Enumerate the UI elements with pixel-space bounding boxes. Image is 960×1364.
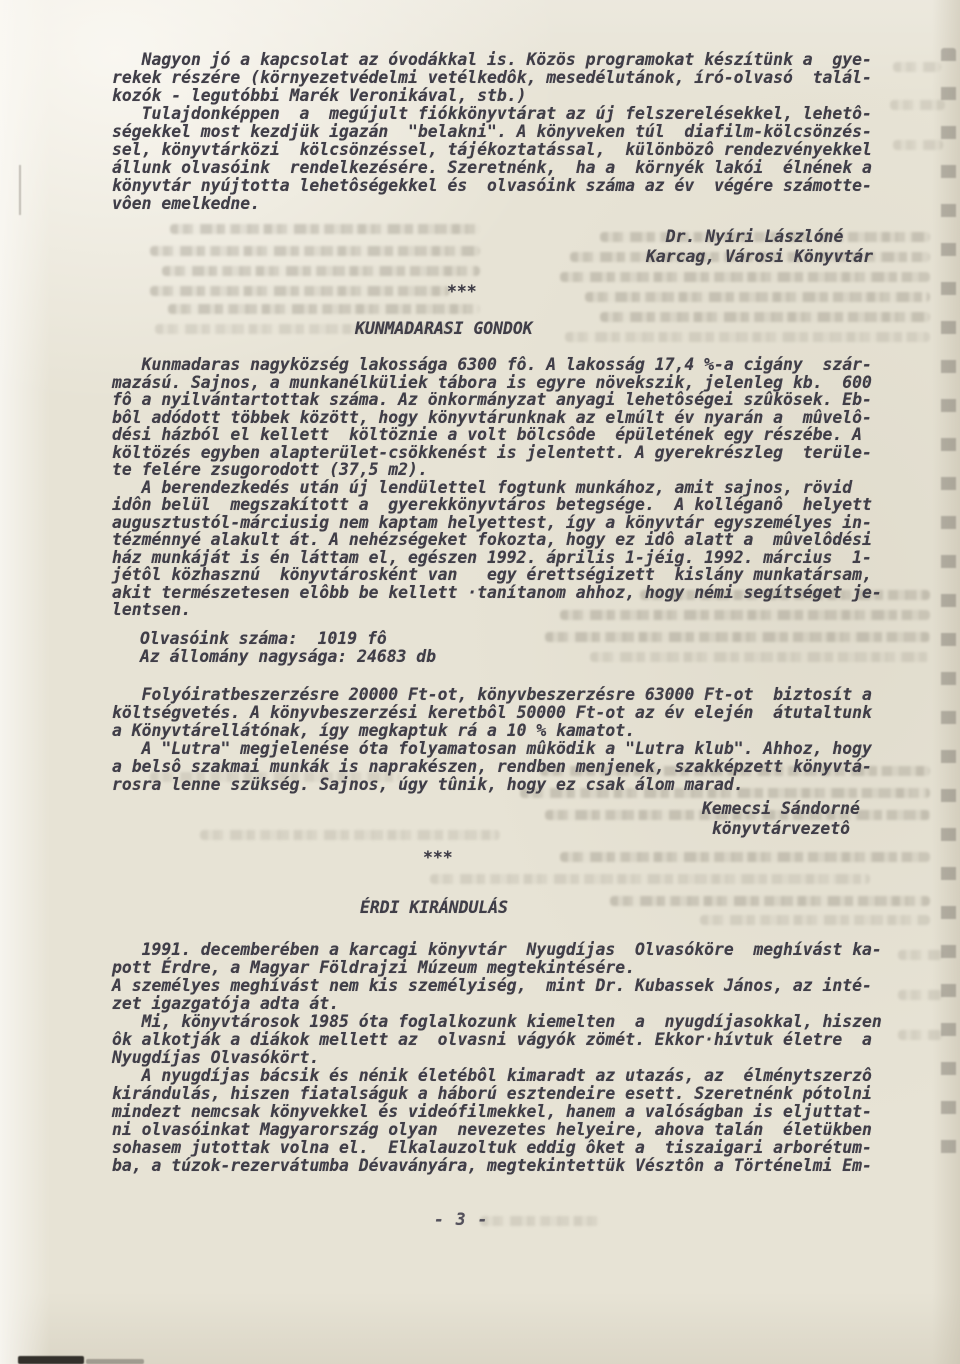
typed-text-line: pott Érdre, a Magyar Földrajzi Múzeum me… xyxy=(112,959,882,977)
karcag-report-paragraphs: Nagyon jó a kapcsolat az óvodákkal is. K… xyxy=(112,51,872,213)
typed-text-line: jétôl közhasznú könyvtárosként van egy é… xyxy=(112,566,882,584)
typed-text-line: a belsô szakmai munkák is naprakészen, r… xyxy=(112,758,872,776)
erd-paragraphs: 1991. decemberében a karcagi könyvtár Ny… xyxy=(112,941,882,1175)
bleedthrough-line xyxy=(565,332,930,342)
page-number: - 3 - xyxy=(434,1211,488,1229)
typed-text-line: A berendezkedés után új lendülettel fogt… xyxy=(112,479,882,497)
typed-text-line: Mi, könyvtárosok 1985 óta foglalkozunk k… xyxy=(112,1013,882,1031)
typed-text-line: ni olvasóinkat Magyarország olyan neveze… xyxy=(112,1121,882,1139)
bleedthrough-line xyxy=(893,140,943,150)
typed-text-line: zet igazgatója adta át. xyxy=(112,995,882,1013)
typed-text-line: könyvtárvezetô xyxy=(702,819,860,839)
typed-text-line: ház munkáját is én láttam el, egészen 19… xyxy=(112,549,882,567)
bleedthrough-line xyxy=(168,304,480,314)
typed-text-line: Folyóiratbeszerzésre 20000 Ft-ot, könyvb… xyxy=(112,686,872,704)
typed-text-line: Nagyon jó a kapcsolat az óvodákkal is. K… xyxy=(112,51,872,69)
section-separator: *** xyxy=(447,283,477,301)
bleedthrough-line xyxy=(898,1030,943,1040)
kunmadaras-paragraphs: Kunmadaras nagyközség lakossága 6300 fô.… xyxy=(112,356,882,619)
typed-text-line: rosra lenne szükség. Sajnos, úgy tûnik, … xyxy=(112,776,872,794)
typed-text-line: Kunmadaras nagyközség lakossága 6300 fô.… xyxy=(112,356,882,374)
typed-text-line: idôn belül megszakított a gyerekkönyvtár… xyxy=(112,496,882,514)
typed-text-line: ôk alkotják a diákok mellett az olvasni … xyxy=(112,1031,882,1049)
typed-text-line: A "Lutra" megjelenése óta folyamatosan m… xyxy=(112,740,872,758)
typed-text-line: kozók - legutóbbi Marék Veronikával, stb… xyxy=(112,87,872,105)
bleedthrough-line xyxy=(560,272,930,282)
bleedthrough-line xyxy=(700,915,930,925)
bleedthrough-line xyxy=(600,312,930,322)
bleedthrough-line xyxy=(430,874,870,884)
typed-text-line: sel, könyvtárközi kölcsönzéssel, tájékoz… xyxy=(112,141,872,159)
kunmadaras-stats: Olvasóink száma: 1019 fôAz állomány nagy… xyxy=(140,630,436,666)
kunmadaras-signature: Kemecsi Sándorné könyvtárvezetô xyxy=(702,799,860,839)
bleedthrough-line xyxy=(560,852,930,862)
typed-text-line: állunk olvasóink rendelkezésére. Szeretn… xyxy=(112,159,872,177)
typed-text-line: mindezt nemcsak könyvekkel és videófilme… xyxy=(112,1103,882,1121)
typed-text-line: költségvetés. A könyvbeszerzési keretbôl… xyxy=(112,704,872,722)
typed-text-line: bôl adódott többek között, hogy könyvtár… xyxy=(112,409,882,427)
typed-text-line: Tulajdonképpen a megújult fiókkönyvtárat… xyxy=(112,105,872,123)
bleedthrough-line xyxy=(545,632,930,642)
bleedthrough-line xyxy=(162,266,480,276)
page-edge-binding-marks xyxy=(941,48,956,1173)
typed-text-line: Nyugdíjas Olvasókört. xyxy=(112,1049,882,1067)
typed-text-line: A nyugdíjas bácsik és nénik életébôl kim… xyxy=(112,1067,882,1085)
typed-text-line: kirándulás, hiszen fiatalságuk a háború … xyxy=(112,1085,882,1103)
scanned-document-page: Nagyon jó a kapcsolat az óvodákkal is. K… xyxy=(0,0,960,1364)
typed-text-line: Dr. Nyíri Lászlóné xyxy=(646,227,873,247)
kunmadaras-section-heading: KUNMADARASI GONDOK xyxy=(355,320,533,338)
scan-edge-mark xyxy=(86,1359,144,1364)
bleedthrough-line xyxy=(890,100,945,110)
section-separator: *** xyxy=(423,849,453,867)
typed-text-line: ba, a túzok-rezervátumba Dévaványára, me… xyxy=(112,1157,882,1175)
typed-text-line: sohasem jutottak volna el. Elkalauzoltuk… xyxy=(112,1139,882,1157)
typed-text-line: költözés egyben alapterület-csökkenést i… xyxy=(112,444,882,462)
typed-text-line: te felére zsugorodott (37,5 m2). xyxy=(112,461,882,479)
kunmadaras-budget-paragraphs: Folyóiratbeszerzésre 20000 Ft-ot, könyvb… xyxy=(112,686,872,794)
paper-crease xyxy=(19,165,21,215)
typed-text-line: dési házból el kellett költöznie a volt … xyxy=(112,426,882,444)
bleedthrough-line xyxy=(590,652,930,662)
typed-text-line: a Könyvtárellátónak, így megkaptuk rá a … xyxy=(112,722,872,740)
scan-edge-mark xyxy=(18,1356,84,1364)
erd-section-heading: ÉRDI KIRÁNDULÁS xyxy=(360,899,508,917)
typed-text-line: fô a nyilvántartottak száma. Az önkormán… xyxy=(112,391,882,409)
typed-text-line: Az állomány nagysága: 24683 db xyxy=(140,648,436,666)
bleedthrough-line xyxy=(585,292,930,302)
typed-text-line: Olvasóink száma: 1019 fô xyxy=(140,630,436,648)
typed-text-line: rekek részére (környezetvédelmi vetélked… xyxy=(112,69,872,87)
typed-text-line: vôen emelkedne. xyxy=(112,195,872,213)
typed-text-line: lentsen. xyxy=(112,601,882,619)
bleedthrough-line xyxy=(200,830,500,840)
typed-text-line: akit természetesen elôbb be kellett ·tan… xyxy=(112,584,882,602)
bleedthrough-line xyxy=(610,896,930,906)
bleedthrough-line xyxy=(150,246,480,256)
typed-text-line: tézménnyé alakult át. A nehézségeket fok… xyxy=(112,531,882,549)
karcag-signature: Dr. Nyíri LászlónéKarcag, Városi Könyvtá… xyxy=(646,227,873,267)
typed-text-line: augusztustól-márciusig nem kaptam helyet… xyxy=(112,514,882,532)
bleedthrough-line xyxy=(898,990,943,1000)
typed-text-line: Kemecsi Sándorné xyxy=(702,799,860,819)
typed-text-line: A személyes meghívást nem kis személyisé… xyxy=(112,977,882,995)
bleedthrough-line xyxy=(898,950,943,960)
bleedthrough-line xyxy=(893,62,941,72)
typed-text-line: mazású. Sajnos, a munkanélküliek tábora … xyxy=(112,374,882,392)
bleedthrough-line xyxy=(170,224,480,234)
bleedthrough-line xyxy=(150,286,450,296)
typed-text-line: 1991. decemberében a karcagi könyvtár Ny… xyxy=(112,941,882,959)
bleedthrough-line xyxy=(480,1216,600,1226)
typed-text-line: ségekkel most kezdjük igazán "belakni". … xyxy=(112,123,872,141)
typed-text-line: Karcag, Városi Könyvtár xyxy=(646,247,873,267)
typed-text-line: könyvtár nyújtotta lehetôségekkel és olv… xyxy=(112,177,872,195)
